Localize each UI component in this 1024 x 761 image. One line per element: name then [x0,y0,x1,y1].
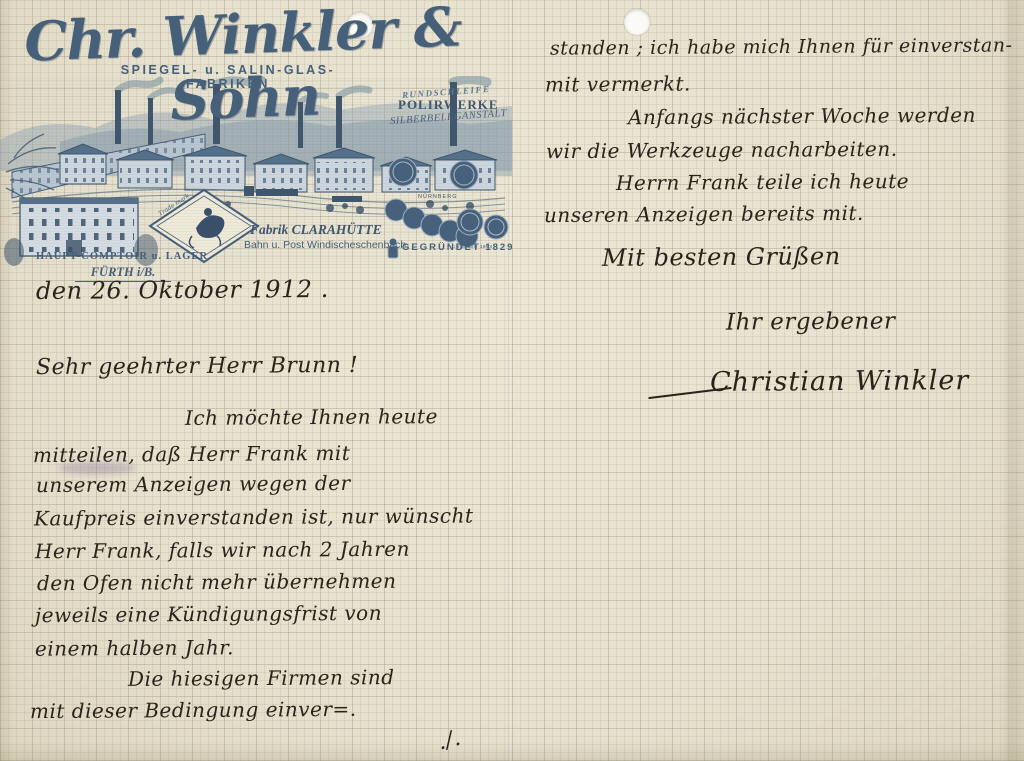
date-line: den 26. Oktober 1912 . [36,275,329,305]
handwritten-line: unserem Anzeigen wegen der [36,471,351,497]
founded-line: GEGRÜNDET 1829 [402,242,514,253]
handwritten-line: wir die Werkzeuge nacharbeiten. [546,137,898,163]
handwritten-line: Kaufpreis einverstanden ist, nur wünscht [34,503,474,530]
letter-sheet: Trade mark NÜRNBERG CHICAGO 1893 Chr. Wi… [0,0,1024,761]
page-edge-shading-bottom [0,742,1024,761]
medals-label-nuernberg: NÜRNBERG [418,193,457,200]
page-edge-shading-right [1002,0,1024,761]
greeting-line: Sehr geehrter Herr Brunn ! [36,353,358,380]
handwritten-line: einem halben Jahr. [35,635,234,660]
factory-address: Bahn u. Post Windischeschenbach. [244,239,409,251]
handwritten-line: mit vermerkt. [545,71,691,96]
company-subtitle: SPIEGEL- u. SALIN-GLAS-FABRIKEN [112,63,344,91]
handwritten-line: Ich möchte Ihnen heute [185,404,438,430]
hole-punch-right [624,9,650,35]
closing-line: Mit besten Grüßen [602,242,841,272]
handwritten-line: mit dieser Bedingung einver=. [30,697,357,723]
head-office-caption: HAUPT-COMPTOIR u. LAGER [36,251,208,262]
handwritten-line: mitteilen, daß Herr Frank mit [33,441,350,467]
handwritten-line: standen ; ich habe mich Ihnen für einver… [550,34,1013,59]
handwritten-line: Herrn Frank teile ich heute [616,169,909,195]
handwritten-line: Die hiesigen Firmen sind [128,665,395,691]
handwritten-line: Anfangs nächster Woche werden [628,103,976,129]
signature: Christian Winkler [710,365,969,398]
valediction-line: Ihr ergebener [726,308,896,335]
handwritten-line: jeweils eine Kündigungsfrist von [35,601,382,627]
handwritten-line: unseren Anzeigen bereits mit. [544,201,864,227]
handwritten-line: Herr Frank, falls wir nach 2 Jahren [35,537,410,564]
handwritten-line: den Ofen nicht mehr übernehmen [37,569,397,596]
factory-caption: Fabrik CLARAHÜTTE [250,222,382,238]
